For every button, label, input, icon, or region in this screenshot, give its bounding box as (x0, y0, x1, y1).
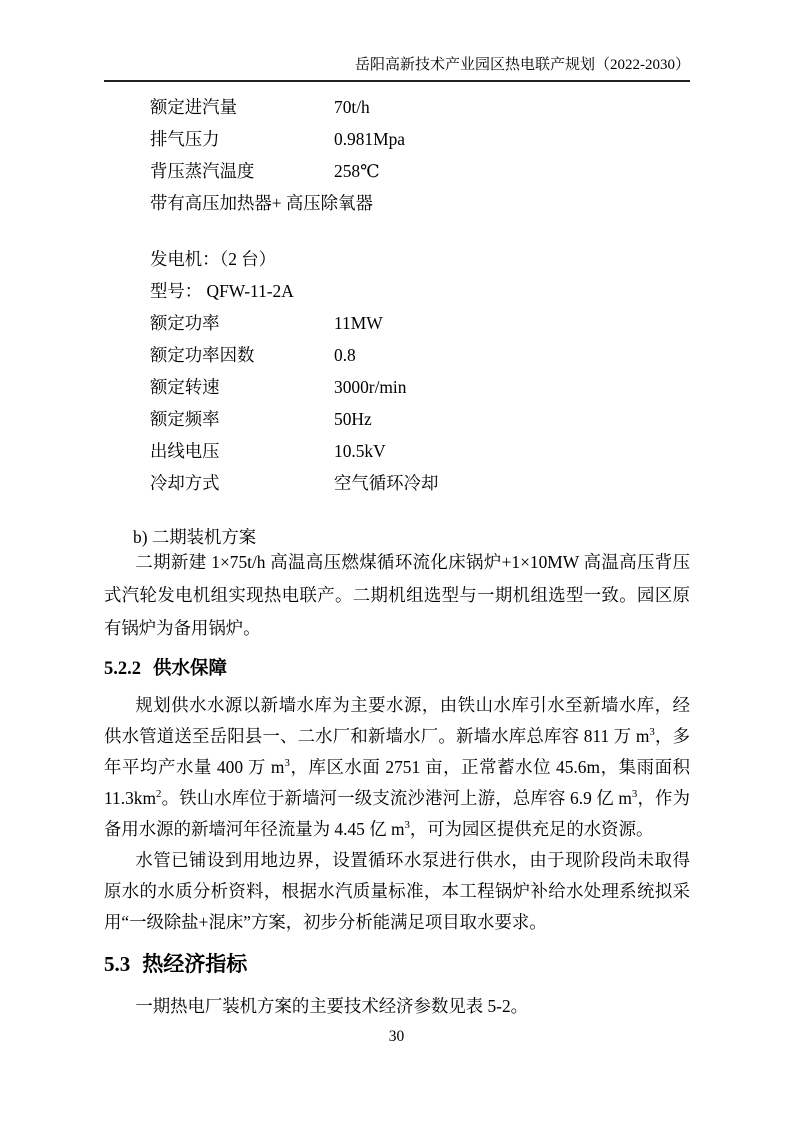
boiler-note: 带有高压加热器+ 高压除氧器 (150, 187, 690, 219)
page-footer: 30 (0, 1028, 793, 1046)
spec-label: 额定频率 (150, 403, 334, 435)
spec-row: 额定进汽量 70t/h (104, 91, 690, 123)
spec-value: 0.8 (334, 339, 690, 371)
spec-label: 额定进汽量 (150, 91, 334, 123)
spec-label: 冷却方式 (150, 467, 334, 499)
generator-heading: 发电机：（2 台） (150, 243, 690, 275)
spec-row: 额定功率因数 0.8 (104, 339, 690, 371)
spec-row: 排气压力 0.981Mpa (104, 123, 690, 155)
spec-label: 背压蒸汽温度 (150, 155, 334, 187)
spec-value: 0.981Mpa (334, 123, 690, 155)
spec-label: 额定功率因数 (150, 339, 334, 371)
generator-model-value: QFW-11-2A (207, 281, 294, 301)
section-number: 5.2.2 (104, 659, 141, 679)
generator-model-label: 型号： (150, 281, 202, 301)
spec-row: 出线电压 10.5kV (104, 435, 690, 467)
spec-row: 背压蒸汽温度 258℃ (104, 155, 690, 187)
spec-value: 3000r/min (334, 371, 690, 403)
generator-spec-section: 发电机：（2 台） 型号： QFW-11-2A 额定功率 11MW 额定功率因数… (104, 243, 690, 499)
section-number: 5.3 (104, 952, 130, 976)
paragraph-text: ，可为园区提供充足的水资源。 (410, 819, 653, 839)
water-supply-paragraph-1: 规划供水水源以新墙水库为主要水源，由铁山水库引水至新墙水库，经供水管道送至岳阳县… (104, 690, 690, 845)
water-supply-paragraph-2: 水管已铺设到用地边界，设置循环水泵进行供水，由于现阶段尚未取得原水的水质分析资料… (104, 845, 690, 938)
spec-label: 排气压力 (150, 123, 334, 155)
phase2-paragraph: 二期新建 1×75t/h 高温高压燃煤循环流化床锅炉+1×10MW 高温高压背压… (104, 546, 690, 645)
page-number: 30 (389, 1028, 405, 1045)
section-title: 供水保障 (153, 657, 227, 678)
generator-model-line: 型号： QFW-11-2A (150, 275, 690, 307)
section-5-3-heading: 5.3热经济指标 (104, 949, 690, 980)
economic-parameters-paragraph: 一期热电厂装机方案的主要技术经济参数见表 5-2。 (104, 991, 690, 1022)
paragraph-text: 。铁山水库位于新墙河一级支流沙港河上游，总库容 6.9 亿 m (161, 788, 632, 808)
spec-value: 258℃ (334, 155, 690, 187)
spec-value: 11MW (334, 307, 690, 339)
boiler-spec-section: 额定进汽量 70t/h 排气压力 0.981Mpa 背压蒸汽温度 258℃ 带有… (104, 91, 690, 219)
spec-value: 空气循环冷却 (334, 467, 690, 499)
spec-row: 冷却方式 空气循环冷却 (104, 467, 690, 499)
spec-value: 70t/h (334, 91, 690, 123)
page-header: 岳阳高新技术产业园区热电联产规划（2022-2030） (104, 55, 690, 82)
spec-value: 10.5kV (334, 435, 690, 467)
section-5-2-2-heading: 5.2.2供水保障 (104, 655, 690, 682)
document-page: 岳阳高新技术产业园区热电联产规划（2022-2030） 额定进汽量 70t/h … (0, 0, 793, 1122)
header-title: 岳阳高新技术产业园区热电联产规划（2022-2030） (355, 57, 690, 73)
spec-label: 额定功率 (150, 307, 334, 339)
spec-row: 额定频率 50Hz (104, 403, 690, 435)
spec-label: 出线电压 (150, 435, 334, 467)
spec-value: 50Hz (334, 403, 690, 435)
section-title: 热经济指标 (142, 953, 247, 976)
paragraph-text: 规划供水水源以新墙水库为主要水源，由铁山水库引水至新墙水库，经供水管道送至岳阳县… (104, 695, 690, 746)
spec-row: 额定功率 11MW (104, 307, 690, 339)
spec-row: 额定转速 3000r/min (104, 371, 690, 403)
spec-label: 额定转速 (150, 371, 334, 403)
